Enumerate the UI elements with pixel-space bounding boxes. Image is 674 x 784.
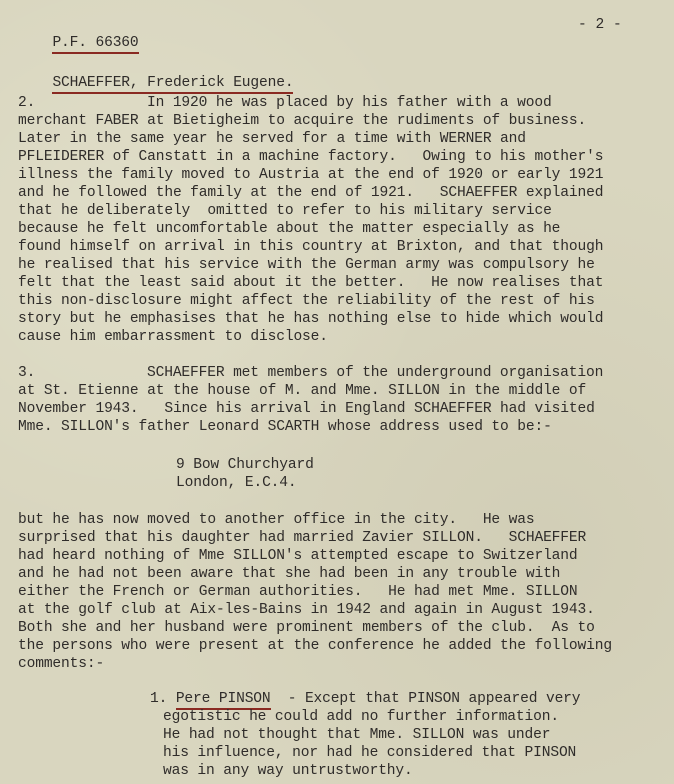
paragraph-2-line: this non-disclosure might affect the rel… xyxy=(18,292,595,310)
paragraph-2-line: and he followed the family at the end of… xyxy=(18,184,603,202)
comment-item-line: was in any way untrustworthy. xyxy=(163,762,413,780)
paragraph-3-continuation-line: at the golf club at Aix-les-Bains in 194… xyxy=(18,601,595,619)
comment-item-line: He had not thought that Mme. SILLON was … xyxy=(163,726,550,744)
comment-item-text: - Except that PINSON appeared very xyxy=(271,691,581,707)
comment-item-first-line: 1. Pere PINSON - Except that PINSON appe… xyxy=(150,690,580,708)
paragraph-3-continuation-line: and he had not been aware that she had b… xyxy=(18,565,560,583)
paragraph-3-line: November 1943. Since his arrival in Engl… xyxy=(18,400,595,418)
paragraph-3-continuation-line: Both she and her husband were prominent … xyxy=(18,619,595,637)
address-line: 9 Bow Churchyard xyxy=(176,456,314,474)
paragraph-3-continuation-line: either the French or German authorities.… xyxy=(18,583,578,601)
paragraph-2-line: felt that the least said about it the be… xyxy=(18,274,603,292)
paragraph-3-continuation-line: had heard nothing of Mme SILLON's attemp… xyxy=(18,547,578,565)
paragraph-2-line: he realised that his service with the Ge… xyxy=(18,256,595,274)
paragraph-3-line: SCHAEFFER met members of the underground… xyxy=(147,364,603,382)
page-number: - 2 - xyxy=(578,16,622,34)
paragraph-2-line: found himself on arrival in this country… xyxy=(18,238,603,256)
comment-item-line: his influence, nor had he considered tha… xyxy=(163,744,576,762)
subject-name-text: SCHAEFFER, Frederick Eugene. xyxy=(52,75,293,94)
paragraph-2-line: merchant FABER at Bietigheim to acquire … xyxy=(18,112,586,130)
paragraph-2-line: Later in the same year he served for a t… xyxy=(18,130,526,148)
comment-item-number: 1. xyxy=(150,691,167,707)
paragraph-3-continuation-line: surprised that his daughter had married … xyxy=(18,529,586,547)
paragraph-2-line: that he deliberately omitted to refer to… xyxy=(18,202,552,220)
paragraph-3-continuation-line: comments:- xyxy=(18,655,104,673)
paragraph-3-number: 3. xyxy=(18,364,35,382)
address-line: London, E.C.4. xyxy=(176,474,297,492)
paragraph-2-line: illness the family moved to Austria at t… xyxy=(18,166,603,184)
paragraph-2-line: In 1920 he was placed by his father with… xyxy=(147,94,552,112)
paragraph-3-continuation-line: the persons who were present at the conf… xyxy=(18,637,612,655)
file-reference-text: P.F. 66360 xyxy=(52,35,138,54)
paragraph-2-line: story but he emphasises that he has noth… xyxy=(18,310,603,328)
comment-item-line: egotistic he could add no further inform… xyxy=(163,708,559,726)
paragraph-2-line: because he felt uncomfortable about the … xyxy=(18,220,560,238)
paragraph-3-continuation-line: but he has now moved to another office i… xyxy=(18,511,534,529)
document-page: P.F. 66360 - 2 - SCHAEFFER, Frederick Eu… xyxy=(0,0,674,784)
paragraph-3-line: Mme. SILLON's father Leonard SCARTH whos… xyxy=(18,418,552,436)
paragraph-2-line: PFLEIDERER of Canstatt in a machine fact… xyxy=(18,148,603,166)
paragraph-2-number: 2. xyxy=(18,94,35,112)
paragraph-3-line: at St. Etienne at the house of M. and Mm… xyxy=(18,382,586,400)
paragraph-2-line: cause him embarrassment to disclose. xyxy=(18,328,328,346)
